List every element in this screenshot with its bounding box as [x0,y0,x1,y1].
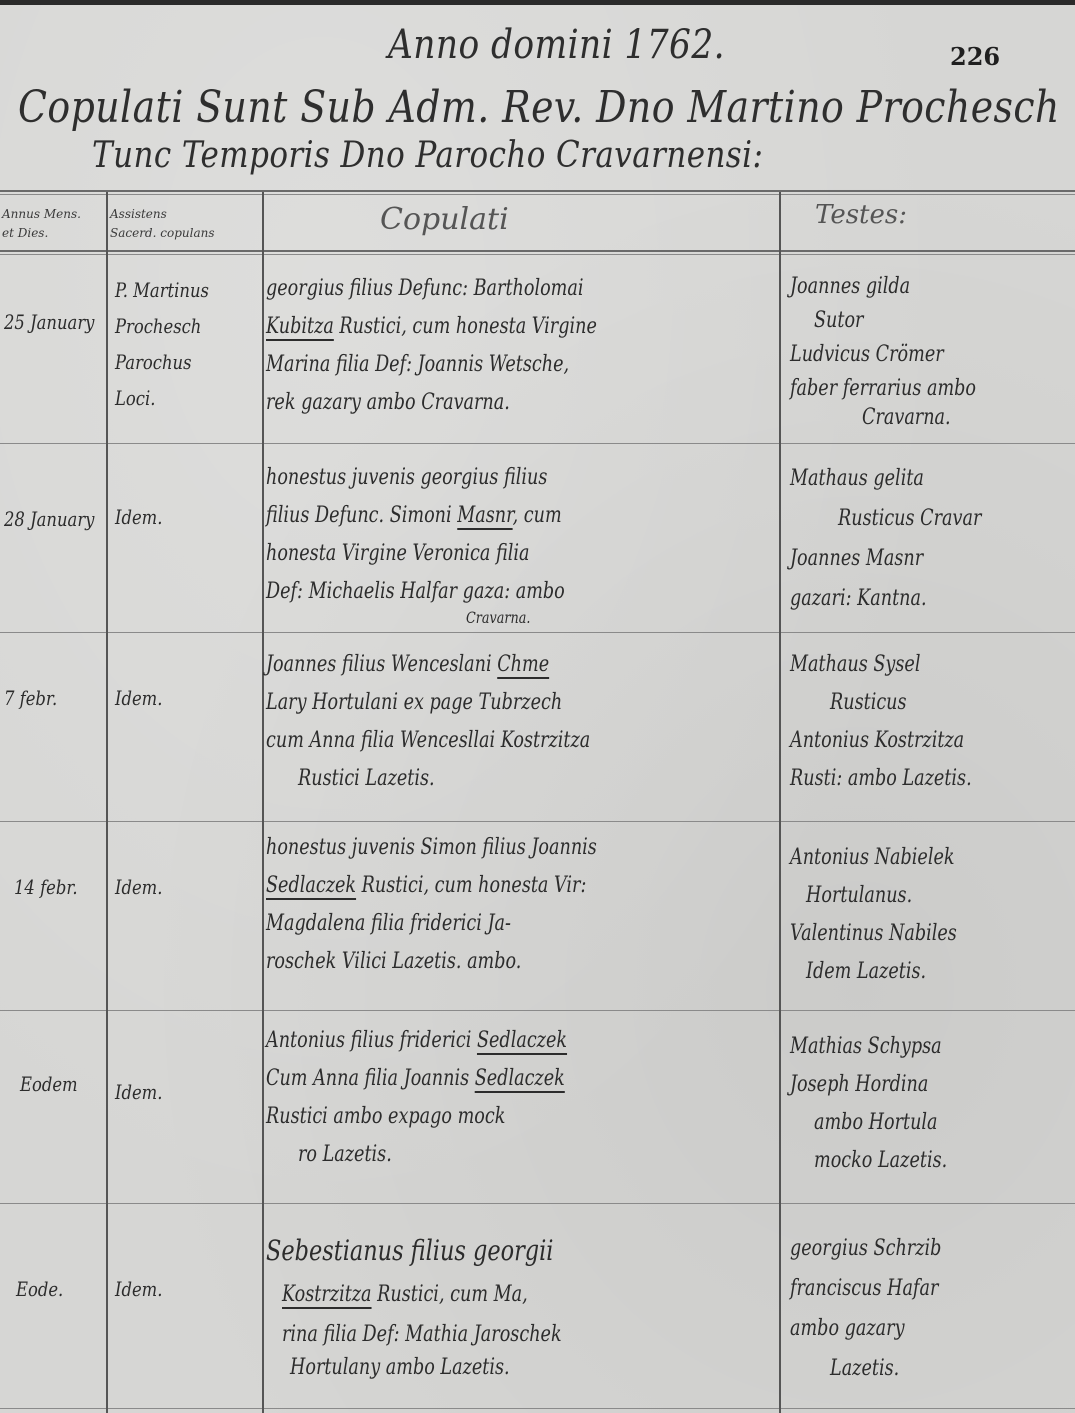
scan-edge [0,0,1075,5]
entry-date: Eode. [16,1277,63,1301]
entry-copulati: honestus juvenis Simon filius Joannis Se… [266,829,597,981]
heading-line-1: Copulati Sunt Sub Adm. Rev. Dno Martino … [18,82,1060,133]
page-title: Anno domini 1762. [388,22,725,68]
entry-officiant: Idem. [115,1074,162,1110]
entry-officiant: Idem. [115,680,162,716]
row-divider [0,443,1075,444]
underlined-surname: Sedlaczek [266,873,356,898]
header-bottom-rule [0,250,1075,252]
row-divider [0,1010,1075,1011]
column-header-testes: Testes: [815,200,907,230]
column-header-date: Annus Mens. et Dies. [2,205,81,243]
table-top-rule [0,190,1075,192]
entry-officiant: Idem. [115,1271,162,1307]
underlined-surname: Sedlaczek [477,1028,567,1053]
entry-officiant: Idem. [115,869,162,905]
entry-date: Eodem [20,1072,78,1096]
entry-copulati: georgius filius Defunc: Bartholomai Kubi… [266,270,597,422]
entry-date: 7 febr. [4,686,57,710]
column-rule-date [106,192,108,1413]
column-rule-officiant [262,192,264,1413]
entry-copulati: honestus juvenis georgius filius filius … [266,459,565,625]
header-bottom-rule-double [0,254,1075,255]
entry-testes: georgius Schrzib franciscus Hafar ambo g… [790,1229,941,1389]
page-number: 226 [950,42,1000,71]
underlined-surname: Chme [497,652,549,677]
column-header-officiant: Assistens Sacerd. copulans [110,205,214,243]
register-page: Anno domini 1762. 226 Copulati Sunt Sub … [0,0,1075,1413]
column-rule-copulati [779,192,781,1413]
entry-testes: Antonius Nabielek Hortulanus. Valentinus… [790,839,957,991]
entry-date: 25 January [4,310,94,334]
column-header-copulati: Copulati [380,202,509,237]
underlined-surname: Kostrzitza [282,1282,372,1307]
entry-copulati: Sebestianus filius georgii Kostrzitza Ru… [266,1229,562,1383]
row-divider [0,632,1075,633]
table-top-rule-double [0,194,1075,195]
entry-date: 28 January [4,507,94,531]
row-divider [0,1408,1075,1409]
entry-testes: Mathaus gelita Rusticus Cravar Joannes M… [790,459,981,619]
entry-officiant: P. Martinus Prochesch Parochus Loci. [115,272,209,416]
heading-line-2: Tunc Temporis Dno Parocho Cravarnensi: [92,135,763,176]
entry-officiant: Idem. [115,499,162,535]
entry-testes: Mathias Schypsa Joseph Hordina ambo Hort… [790,1028,947,1180]
row-divider [0,1203,1075,1204]
underlined-surname: Masnr [457,503,512,528]
entry-copulati: Antonius filius friderici Sedlaczek Cum … [266,1022,567,1174]
entry-copulati: Joannes filius Wenceslani Chme Lary Hort… [266,646,590,798]
underlined-surname: Sedlaczek [475,1066,565,1091]
entry-testes: Joannes gilda Sutor Ludvicus Crömer fabe… [790,270,976,430]
underlined-surname: Kubitza [266,314,334,339]
row-divider [0,821,1075,822]
entry-date: 14 febr. [14,875,78,899]
entry-testes: Mathaus Sysel Rusticus Antonius Kostrzit… [790,646,972,798]
